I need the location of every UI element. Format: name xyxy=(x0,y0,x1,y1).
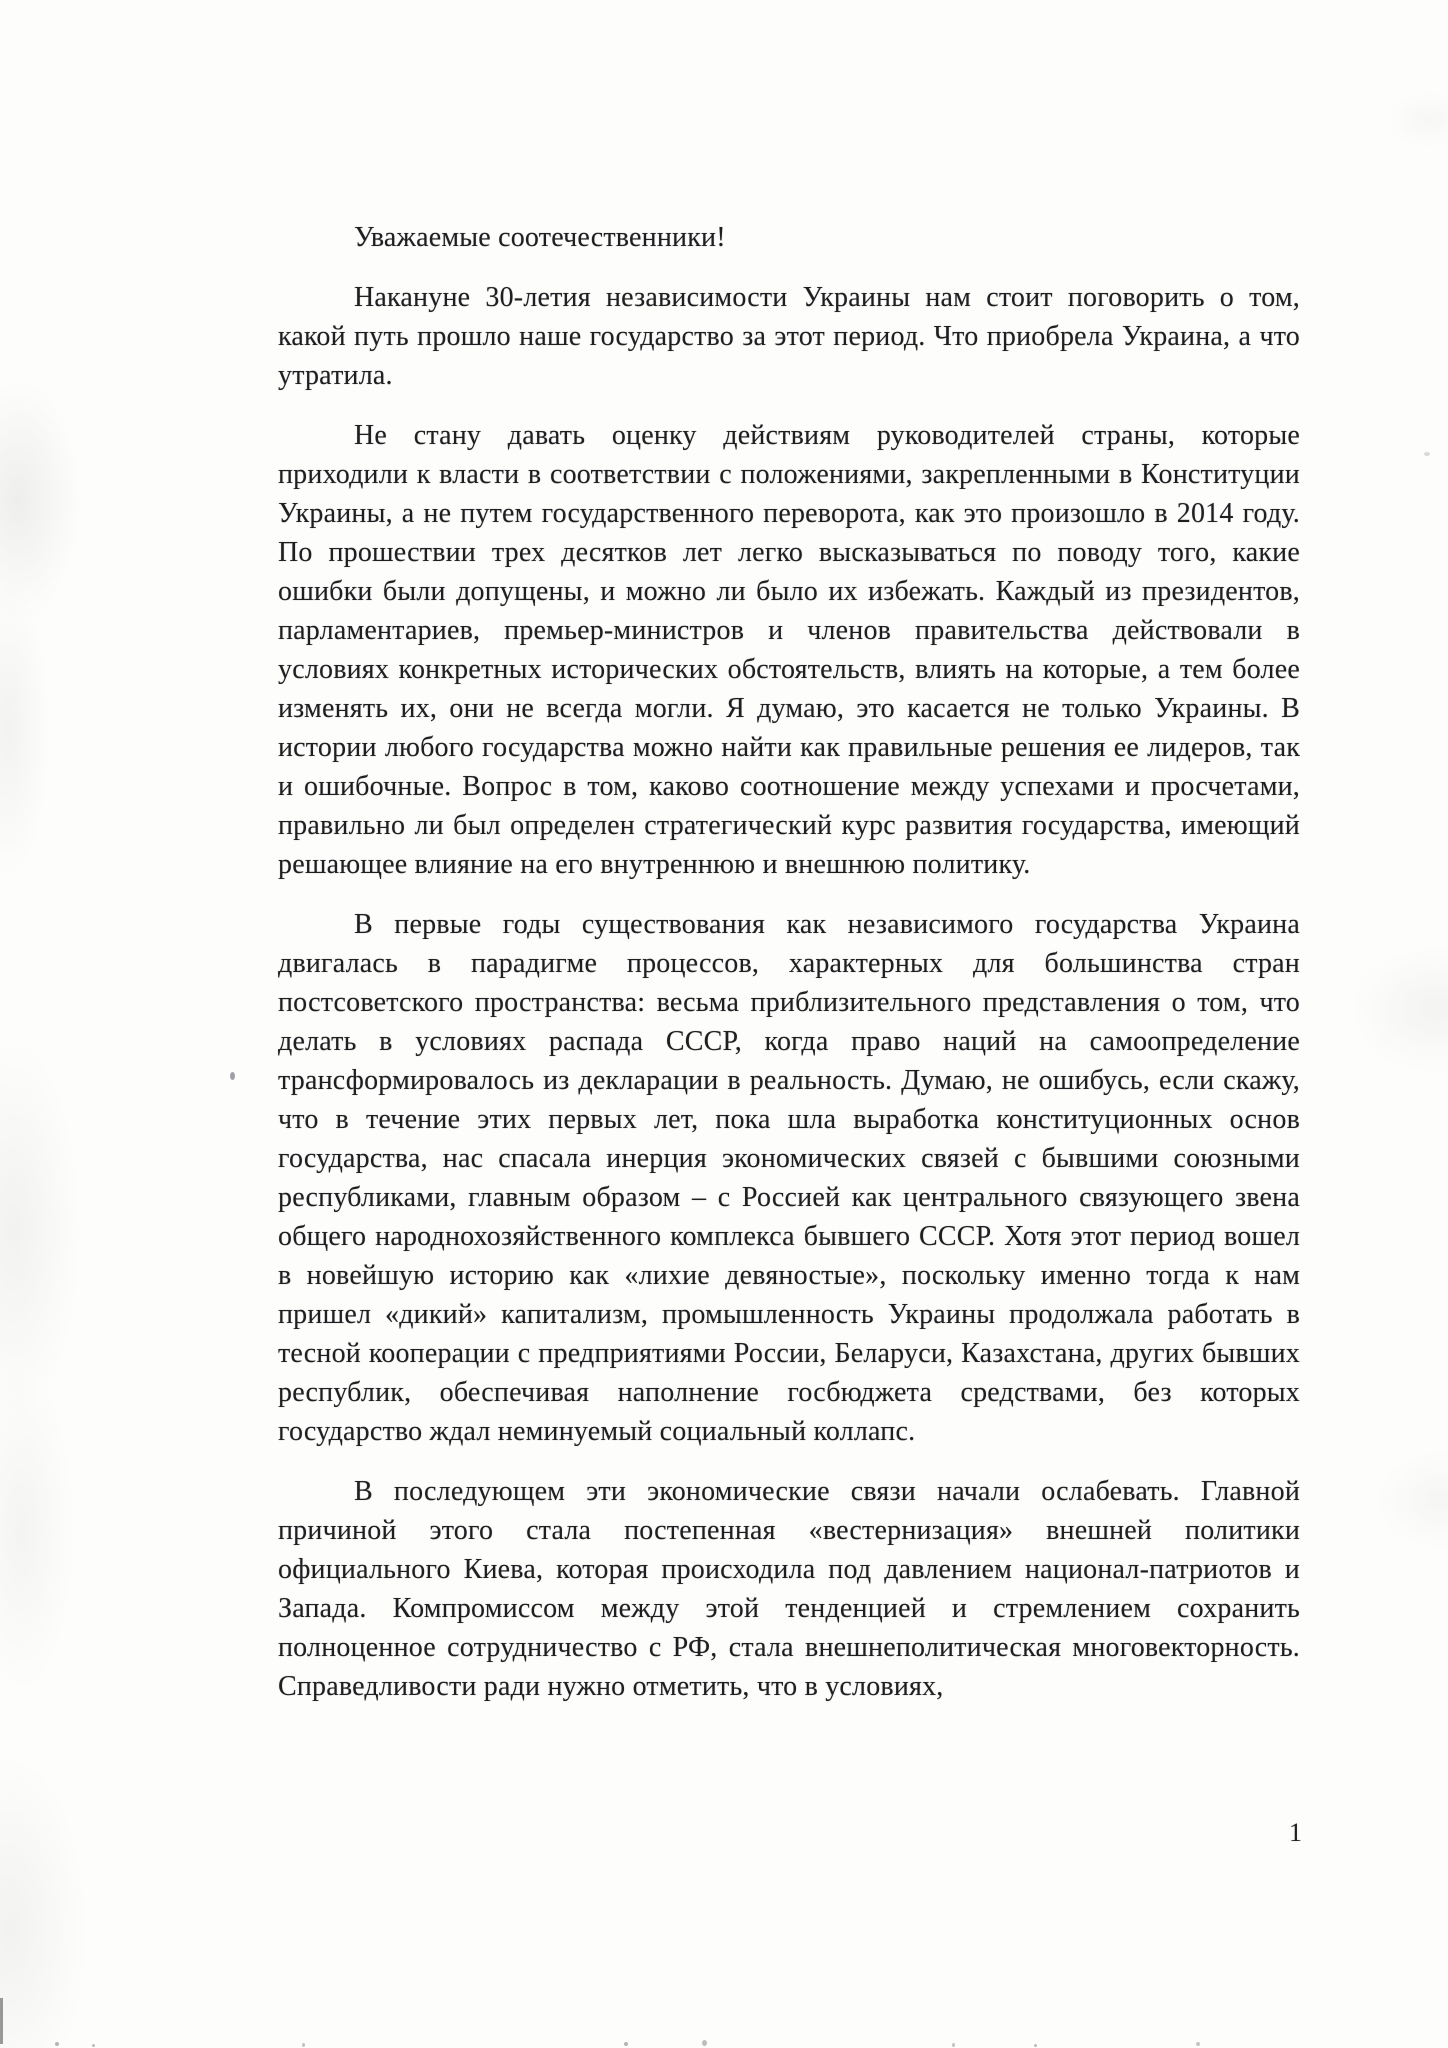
scan-artifact-speck xyxy=(624,2042,628,2046)
paragraph-early-years: В первые годы существования как независи… xyxy=(278,905,1300,1451)
scanned-document-page: Уважаемые соотечественники! Накануне 30-… xyxy=(0,0,1448,2048)
scan-artifact-ink-dot xyxy=(230,1072,235,1080)
page-number: 1 xyxy=(1289,1818,1302,1848)
scan-artifact-speck xyxy=(55,2042,59,2046)
letter-body: Уважаемые соотечественники! Накануне 30-… xyxy=(278,218,1300,1727)
paragraph-leaders-assessment: Не стану давать оценку действиям руковод… xyxy=(278,416,1300,884)
scan-artifact-speck xyxy=(952,2043,955,2047)
scan-artifact-speck xyxy=(1034,2044,1037,2047)
salutation-line: Уважаемые соотечественники! xyxy=(278,218,1300,257)
paragraph-westernization: В последующем эти экономические связи на… xyxy=(278,1472,1300,1706)
paragraph-intro: Накануне 30-летия независимости Украины … xyxy=(278,278,1300,395)
scan-artifact-speck xyxy=(92,2044,95,2047)
scan-artifact-speck xyxy=(702,2040,707,2046)
scan-artifact-speck xyxy=(1196,2042,1200,2046)
scan-artifact-smudge xyxy=(1424,452,1430,456)
scan-artifact-edge-mark xyxy=(0,1998,3,2044)
scan-artifact-speck xyxy=(302,2043,305,2047)
